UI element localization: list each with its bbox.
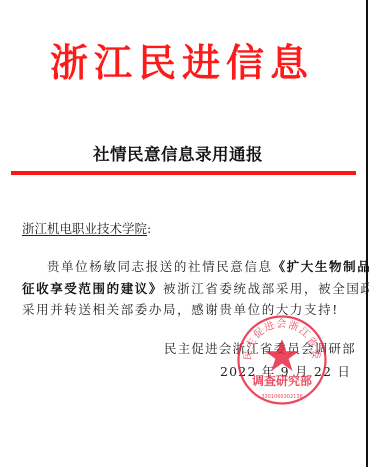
body-bold-text: 征收享受范围的建议》: [22, 281, 163, 296]
document-title: 社情民意信息录用通报: [0, 141, 356, 165]
page-edge-border: [366, 0, 368, 467]
recipient-colon: :: [147, 221, 151, 236]
official-seal: 中国民主促进会浙江省委员会 调查研究部 3301060302136: [236, 314, 328, 406]
body-text: 贵单位杨敏同志报送的社情民意信息: [47, 259, 273, 274]
body-line-1: 贵单位杨敏同志报送的社情民意信息《扩大生物制品简易: [22, 257, 338, 275]
recipient-line: 浙江机电职业技术学院:: [22, 219, 151, 237]
star-icon: [265, 339, 299, 371]
body-bold-text: 《扩大生物制品简易: [273, 259, 369, 274]
body-line-2: 征收享受范围的建议》被浙江省委统战部采用，被全国政协: [22, 279, 338, 297]
body-text: 被浙江省委统战部采用，被全国政协: [163, 281, 369, 296]
recipient-name: 浙江机电职业技术学院: [22, 221, 147, 236]
red-divider: [11, 171, 356, 175]
masthead-title: 浙江民进信息: [50, 40, 320, 86]
document-page: 浙江民进信息 社情民意信息录用通报 浙江机电职业技术学院: 贵单位杨敏同志报送的…: [0, 0, 366, 467]
seal-inner-text: 调查研究部: [252, 373, 312, 388]
seal-serial: 3301060302136: [261, 394, 302, 400]
